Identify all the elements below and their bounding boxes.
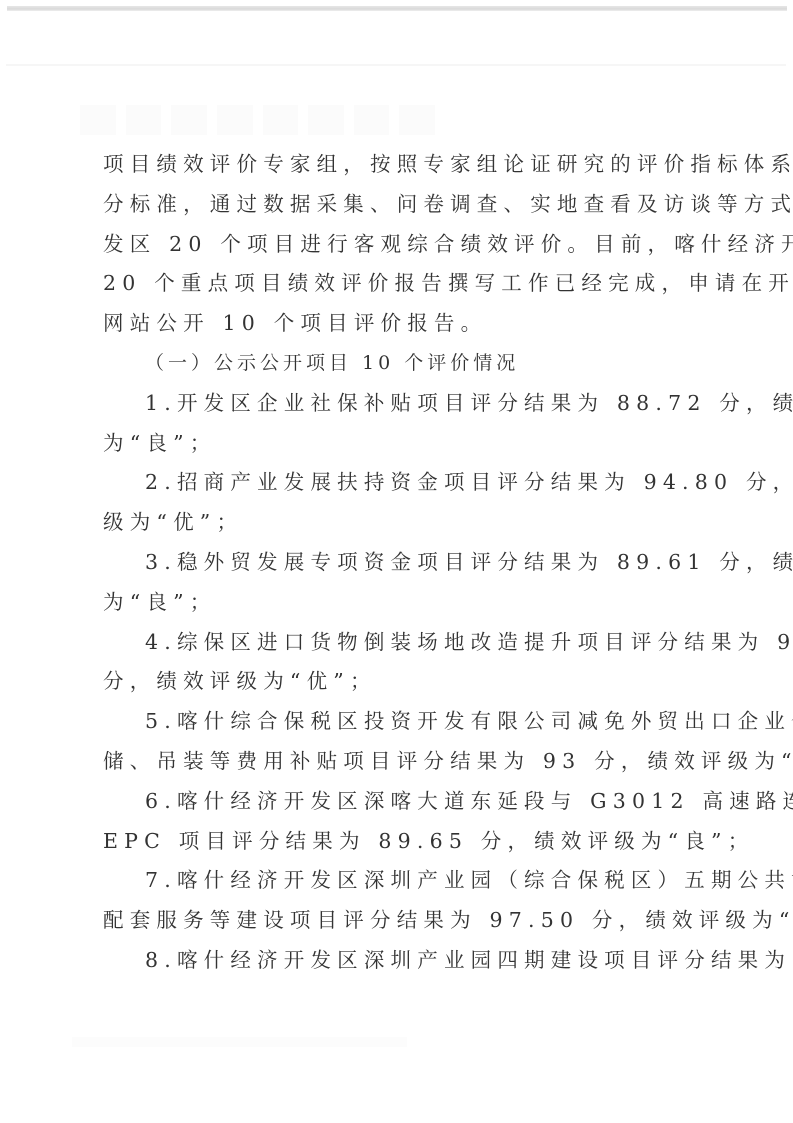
- bleed-through-heading: [80, 105, 435, 135]
- paragraph-line: 分标准，通过数据采集、问卷调查、实地查看及访谈等方式对开: [103, 185, 695, 225]
- bleed-through-block: [399, 105, 435, 135]
- paragraph-line: 发区 20 个项目进行客观综合绩效评价。目前，喀什经济开发区: [103, 225, 695, 265]
- project-item-5: 5.喀什综合保税区投资开发有限公司减免外贸出口企业仓: [103, 702, 695, 742]
- paragraph-line: 20 个重点项目绩效评价报告撰写工作已经完成，申请在开发区: [103, 264, 695, 304]
- paragraph-line: 项目绩效评价专家组，按照专家组论证研究的评价指标体系及评: [103, 145, 695, 185]
- project-item-4-cont: 分，绩效评级为“优”；: [103, 662, 695, 702]
- scan-ghost-line: [6, 64, 786, 66]
- section-heading: （一）公示公开项目 10 个评价情况: [103, 344, 695, 384]
- bleed-through-block: [171, 105, 207, 135]
- bleed-through-block: [263, 105, 299, 135]
- bleed-through-block: [80, 105, 116, 135]
- project-item-2: 2.招商产业发展扶持资金项目评分结果为 94.80 分，绩效评: [103, 463, 695, 503]
- project-item-6-cont: EPC 项目评分结果为 89.65 分，绩效评级为“良”；: [103, 822, 695, 862]
- document-body: 项目绩效评价专家组，按照专家组论证研究的评价指标体系及评 分标准，通过数据采集、…: [103, 145, 695, 981]
- project-item-3: 3.稳外贸发展专项资金项目评分结果为 89.61 分，绩效评级: [103, 543, 695, 583]
- project-item-8: 8.喀什经济开发区深圳产业园四期建设项目评分结果为: [103, 941, 695, 981]
- project-item-7: 7.喀什经济开发区深圳产业园（综合保税区）五期公共设施: [103, 861, 695, 901]
- project-item-4: 4.综保区进口货物倒装场地改造提升项目评分结果为 97.50: [103, 623, 695, 663]
- paragraph-line: 网站公开 10 个项目评价报告。: [103, 304, 695, 344]
- project-item-2-cont: 级为“优”；: [103, 503, 695, 543]
- bleed-through-block: [217, 105, 253, 135]
- project-item-7-cont: 配套服务等建设项目评分结果为 97.50 分，绩效评级为“优”；: [103, 901, 695, 941]
- bleed-through-block: [126, 105, 162, 135]
- project-item-6: 6.喀什经济开发区深喀大道东延段与 G3012 高速路连接线: [103, 782, 695, 822]
- project-item-1: 1.开发区企业社保补贴项目评分结果为 88.72 分，绩效评级: [103, 384, 695, 424]
- project-item-5-cont: 储、吊装等费用补贴项目评分结果为 93 分，绩效评级为“优”；: [103, 742, 695, 782]
- project-item-1-cont: 为“良”；: [103, 424, 695, 464]
- bleed-through-block: [354, 105, 390, 135]
- bleed-through-block: [308, 105, 344, 135]
- project-item-3-cont: 为“良”；: [103, 583, 695, 623]
- scan-ghost-bottom: [72, 1037, 407, 1047]
- scan-edge-strip: [7, 6, 787, 11]
